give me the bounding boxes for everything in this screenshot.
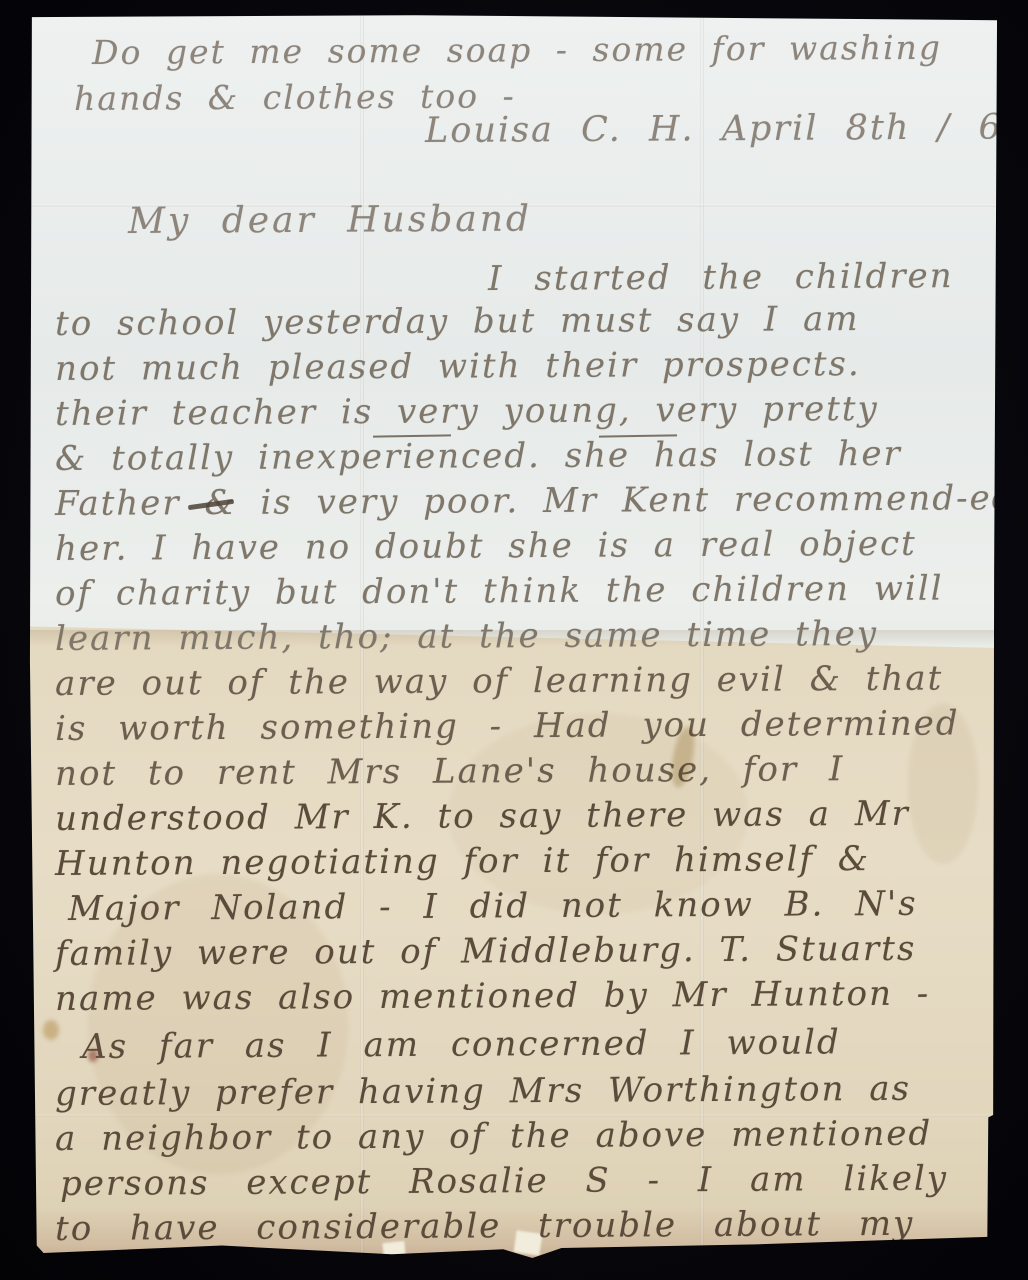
letter-line: name was also mentioned by Mr Hunton - <box>55 977 930 1016</box>
postscript-line: hands & clothes too - <box>74 79 516 115</box>
letter-line: of charity but don't think the children … <box>55 572 944 611</box>
letter-line: their teacher is very young, very pretty <box>55 392 879 431</box>
letter-line: & totally inexperienced. she has lost he… <box>55 437 902 476</box>
letter-line: Father & is very poor. Mr Kent recommend… <box>55 481 1016 521</box>
dateline: Louisa C. H. April 8th / 62 <box>425 110 1027 149</box>
letter-line: her. I have no doubt she is a real objec… <box>55 527 917 566</box>
letter-line: I started the children <box>488 259 954 296</box>
salutation: My dear Husband <box>128 202 532 240</box>
letter-line: not to rent Mrs Lane's house, for I <box>55 752 845 791</box>
letter-line: a neighbor to any of the above mentioned <box>55 1117 932 1156</box>
letter-line: are out of the way of learning evil & th… <box>55 662 943 701</box>
letter-line: learn much, tho; at the same time they <box>55 617 878 656</box>
letter-line: persons except Rosalie S - I am likely <box>60 1162 948 1201</box>
letter-line: not much pleased with their prospects. <box>55 347 861 386</box>
letter-line: is worth something - Had you determined <box>55 706 960 746</box>
letter-line: understood Mr K. to say there was a Mr <box>55 797 910 836</box>
letter-line: to have considerable trouble about my <box>55 1207 914 1246</box>
postscript-line: Do get me some soap - some for washing <box>92 31 942 69</box>
letter-line: As far as I am concerned I would <box>82 1025 841 1064</box>
letter-line: Hunton negotiating for it for himself & <box>55 842 870 881</box>
letter-line: Major Noland - I did not know B. N's <box>68 887 918 926</box>
stain-mark <box>43 1020 59 1040</box>
letter-line: greatly prefer having Mrs Worthington as <box>55 1072 911 1111</box>
letter-page: Do get me some soap - some for washing h… <box>28 14 998 1258</box>
letter-line: to school yesterday but must say I am <box>55 302 860 341</box>
letter-photograph: Do get me some soap - some for washing h… <box>0 0 1028 1280</box>
letter-line: family were out of Middleburg. T. Stuart… <box>55 932 916 971</box>
